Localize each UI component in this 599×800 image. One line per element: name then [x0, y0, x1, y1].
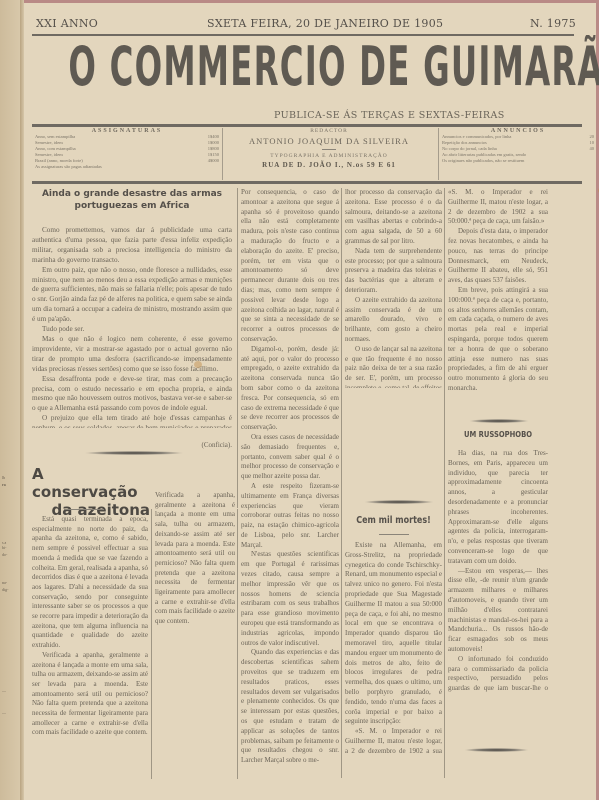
paragraph: A este respeito fizeram-se ultimamente e… — [241, 482, 339, 551]
ornament-divider — [469, 419, 529, 423]
infobar-rule-top — [32, 124, 582, 127]
paragraph: «S. M. o Imperador e rei Guilherme II, m… — [448, 188, 548, 227]
paragraph: Por consequencia, o caso de amontoar a a… — [241, 188, 339, 345]
infobar-rule-bottom — [32, 181, 582, 184]
subscription-note: As assignaturas são pagas adiantadas — [32, 164, 222, 170]
paragraph: Verificada a apanha, geralmente a azeito… — [155, 491, 235, 627]
paragraph: O infortunado foi conduzido para o commi… — [448, 655, 548, 695]
paragraph: Quando das experiencias e das descoberta… — [241, 648, 339, 766]
paragraph: Ora esses casos de necessidade são demas… — [241, 433, 339, 482]
column-rule — [151, 509, 152, 779]
paragraph: O uso de lançar sal na azeitona e que tã… — [345, 345, 442, 388]
paragraph: Nada tem de surprehendente este processo… — [345, 247, 442, 296]
article-title-cem-mil-mortes: Cem mil mortes! — [355, 515, 433, 526]
column-rule — [237, 188, 238, 508]
article-title-azeitona: A conservação da azeitona — [32, 465, 150, 519]
ornament-divider — [84, 451, 184, 455]
article-title: Ainda o grande desastre das armas portug… — [32, 188, 232, 212]
masthead-container: O COMMERCIO DE GUIMARÃES — [0, 39, 599, 95]
paragraph: Existe na Allemanha, em Gross-Strelitz, … — [345, 541, 442, 727]
article-azeitona-col1: Está quasi terminada a epoca, especialme… — [32, 515, 148, 785]
ornament-divider — [464, 748, 529, 752]
paragraph: Mas o que não é logico nem coherente, é … — [32, 335, 232, 375]
paragraph: Em breve, pois attingirá a sua 100:000.ª… — [448, 286, 548, 394]
margin-fragment: lb — [2, 475, 18, 480]
article-title-russophobo: UM RUSSOPHOBO — [456, 430, 541, 439]
paragraph: lhor processo da conservação da azeitona… — [345, 188, 442, 247]
paragraph: «S. M. o Imperador e rei Guilherme II, m… — [345, 727, 442, 756]
paragraph: Está quasi terminada a epoca, especialme… — [32, 515, 148, 651]
dateline: XXI ANNO SXETA FEIRA, 20 DE JANEIRO DE 1… — [36, 17, 576, 31]
column-rule — [444, 188, 445, 778]
editor-name: ANTONIO JOAQUIM DA SILVEIRA — [224, 136, 434, 146]
office-address: RUA DE D. JOÃO I., N.os 59 E 61 — [224, 161, 434, 169]
margin-fragment: dig- — [2, 587, 18, 592]
paragraph: N'estas questões scientificas em que Por… — [241, 550, 339, 648]
paragraph: Como promettemos, vamos dar á publicidad… — [32, 226, 232, 266]
divider — [322, 149, 336, 150]
margin-fragment: na- — [2, 580, 18, 585]
newspaper-page: XXI ANNO SXETA FEIRA, 20 DE JANEIRO DE 1… — [24, 3, 596, 800]
article-signature: (Conficia). — [32, 441, 232, 449]
divider — [379, 534, 409, 535]
adjacent-page-margin: bi- do- na- dig- lb ra s a — — — [0, 0, 21, 800]
article-cem-mil-mortes-col5: «S. M. o Imperador e rei Guilherme II, m… — [448, 188, 548, 428]
margin-fragment: — — [2, 710, 18, 715]
subscriptions-box: ASSIGNATURAS Anno, sem estampilha1$400 S… — [32, 128, 223, 180]
margin-fragment: — — [2, 688, 18, 693]
paragraph: Ha dias, na rua dos Tres-Bornes, em Pari… — [448, 449, 548, 567]
column-rule — [341, 188, 342, 778]
ads-box: ANNUNCIOS Annuncios e communicados, por … — [438, 128, 597, 180]
article-azeitona-col2: Verificada a apanha, geralmente a azeito… — [155, 491, 235, 781]
paragraph: Depois d'esta data, o imperador fez nova… — [448, 227, 548, 286]
ads-row: Os originaes não publicados, não se rest… — [439, 158, 597, 164]
info-bar: ASSIGNATURAS Anno, sem estampilha1$400 S… — [32, 128, 582, 180]
ornament-divider — [364, 500, 434, 504]
paragraph: Essa desaffronta pode e deve-se tirar, m… — [32, 375, 232, 415]
issue-date: SXETA FEIRA, 20 DE JANEIRO DE 1905 — [207, 17, 443, 30]
paragraph: Verificada a apanha, geralmente a azeito… — [32, 651, 148, 738]
paper-stain — [194, 361, 202, 368]
issue-number: N. 1975 — [530, 17, 576, 30]
publication-schedule: PUBLICA-SE ÁS TERÇAS E SEXTAS-FEIRAS — [274, 110, 505, 121]
column-rule — [237, 509, 238, 779]
divider — [64, 509, 104, 510]
paragraph: Em outro paiz, que não o nosso, onde flo… — [32, 266, 232, 325]
article-russophobo: Ha dias, na rua dos Tres-Bornes, em Pari… — [448, 449, 548, 695]
editor-label: REDACTOR — [224, 128, 434, 134]
paragraph: O prejuizo que ella tem tirado até hoje … — [32, 414, 232, 428]
paragraph: Digamol-o, porém, desde já: até aqui, po… — [241, 345, 339, 433]
article-azeitona-col3: Por consequencia, o caso de amontoar a a… — [241, 188, 339, 778]
article-africa: Ainda o grande desastre das armas portug… — [32, 188, 232, 428]
margin-fragment: bi- — [2, 545, 18, 550]
article-cem-mil-mortes-col4: Existe na Allemanha, em Gross-Strelitz, … — [345, 541, 442, 756]
paragraph: O azeite extrahido da azeitona assim con… — [345, 296, 442, 345]
article-azeitona-col4: lhor processo da conservação da azeitona… — [345, 188, 442, 388]
paragraph: —Estou em vesperas,— lhes disse elle, -d… — [448, 567, 548, 655]
paragraph: Tudo pode ser. — [32, 325, 232, 335]
office-label: TYPOGRAPHIA E ADMINISTRAÇÃO — [224, 153, 434, 159]
margin-fragment: do- — [2, 552, 18, 557]
masthead-title: O COMMERCIO DE GUIMARÃES — [68, 39, 599, 95]
margin-fragment: s a — [2, 540, 18, 545]
volume-label: XXI ANNO — [36, 17, 98, 30]
margin-fragment: ra — [2, 482, 18, 487]
editor-box: REDACTOR ANTONIO JOAQUIM DA SILVEIRA TYP… — [224, 128, 434, 180]
